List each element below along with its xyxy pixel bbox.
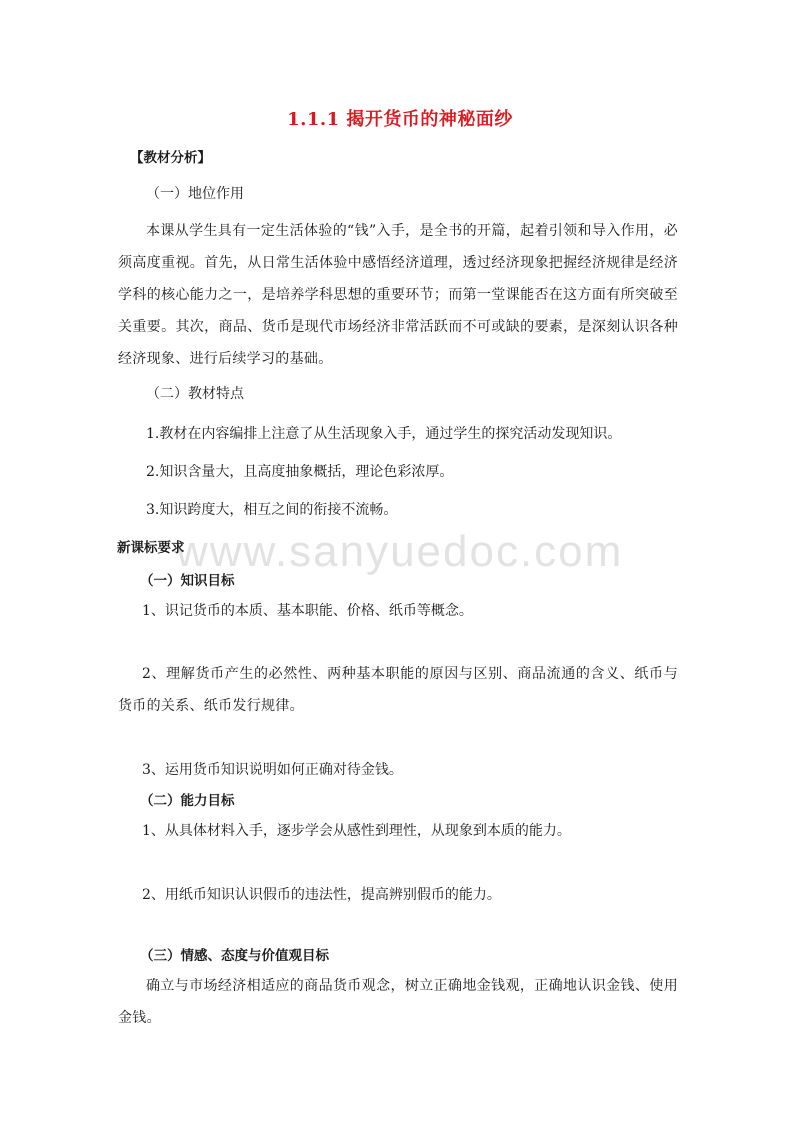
feature-item-3: 3.知识跨度大，相互之间的衔接不流畅。 xyxy=(146,502,397,518)
ability-item-1: 1、从具体材料入手，逐步学会从感性到理性，从现象到本质的能力。 xyxy=(142,823,571,839)
ability-item-2: 2、用纸币知识认识假币的违法性，提高辨别假币的能力。 xyxy=(142,887,501,903)
document-page: www.sanyuedoc.com 1.1.1 揭开货币的神秘面纱 【教材分析】… xyxy=(0,0,800,1132)
subheading-knowledge-goals: （一）知识目标 xyxy=(140,573,235,589)
subheading-values-goals: （三）情感、态度与价值观目标 xyxy=(140,948,329,964)
paragraph-values-goals: 确立与市场经济相适应的商品货币观念，树立正确地金钱观，正确地认识金钱、使用金钱。 xyxy=(118,970,678,1034)
knowledge-item-2: 2、理解货币产生的必然性、两种基本职能的原因与区别、商品流通的含义、纸币与货币的… xyxy=(118,658,678,722)
heading-textbook-analysis: 【教材分析】 xyxy=(130,150,211,166)
watermark: www.sanyuedoc.com xyxy=(176,527,623,577)
feature-item-1: 1.教材在内容编排上注意了从生活现象入手，通过学生的探究活动发现知识。 xyxy=(146,426,621,442)
knowledge-item-3: 3、运用货币知识说明如何正确对待金钱。 xyxy=(142,762,403,778)
knowledge-item-1: 1、识记货币的本质、基本职能、价格、纸币等概念。 xyxy=(142,603,473,619)
feature-item-2: 2.知识含量大，且高度抽象概括，理论色彩浓厚。 xyxy=(146,464,453,480)
heading-curriculum-requirements: 新课标要求 xyxy=(117,540,185,556)
subheading-position-role: （一）地位作用 xyxy=(146,186,244,202)
paragraph-position-role: 本课从学生具有一定生活体验的“钱”入手，是全书的开篇，起着引领和导入作用，必须高… xyxy=(118,215,678,375)
subheading-textbook-features: （二）教材特点 xyxy=(146,386,244,402)
subheading-ability-goals: （二）能力目标 xyxy=(140,793,235,809)
document-title: 1.1.1 揭开货币的神秘面纱 xyxy=(0,109,800,131)
